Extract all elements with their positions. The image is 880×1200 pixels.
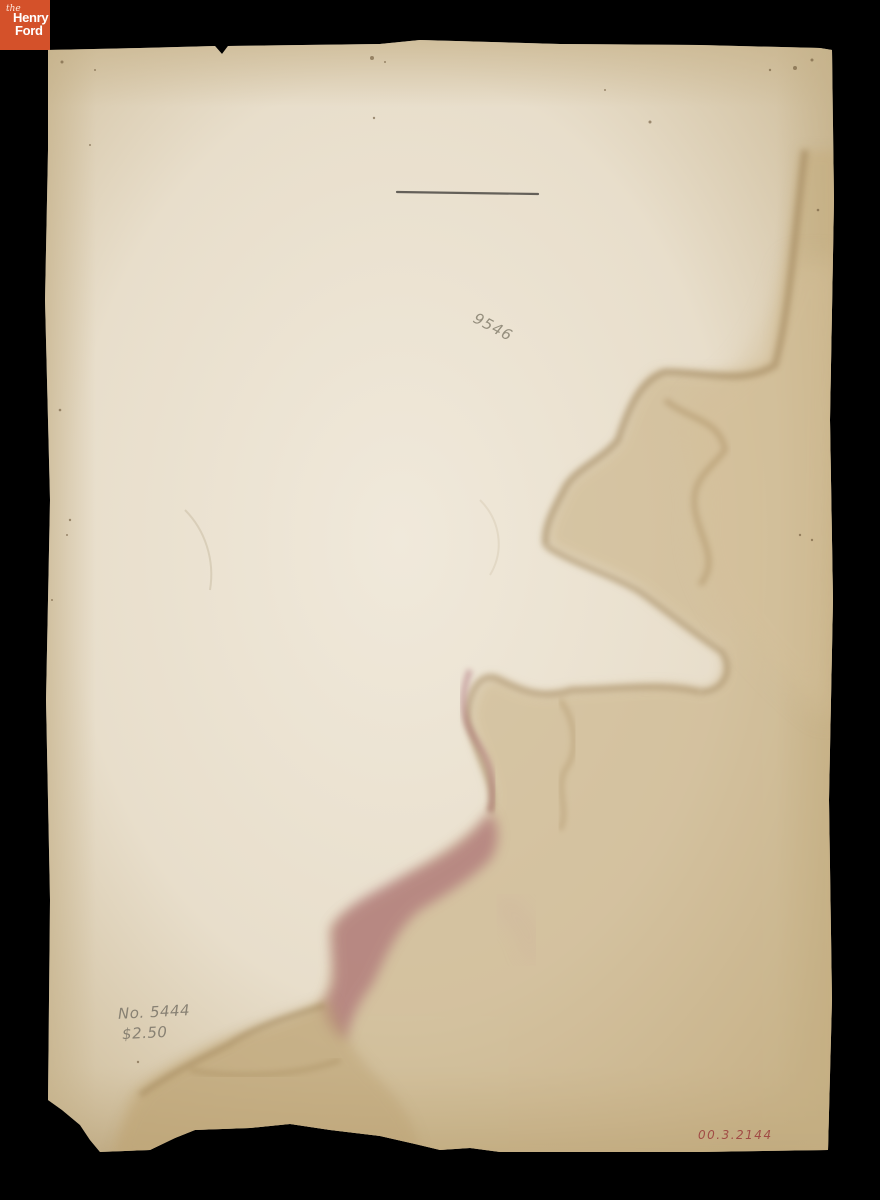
accession-number: 00.3.2144 — [698, 1128, 773, 1142]
handwritten-price: $2.50 — [122, 1023, 168, 1043]
handwritten-catalog-number: No. 5444 — [118, 1001, 191, 1023]
